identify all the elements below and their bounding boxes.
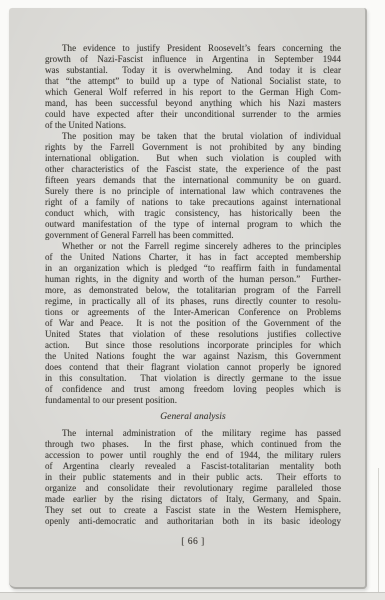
text-line: outward manifestation of the type of int… bbox=[45, 219, 341, 230]
text-line: right of a family of nations to take pre… bbox=[45, 197, 341, 208]
text-line: rights by the Farrell Government is not … bbox=[45, 142, 341, 153]
text-line: more, as demonstrated below, the totalit… bbox=[45, 285, 341, 296]
text-line: could have expected after their uncondit… bbox=[45, 109, 341, 120]
text-line: does contend that their flagrant violati… bbox=[45, 362, 341, 373]
text-line: regime, in practically all of its phases… bbox=[45, 296, 341, 307]
text-line: growth of Nazi-Fascist influence in Arge… bbox=[45, 54, 341, 65]
text-line: The internal administration of the milit… bbox=[45, 428, 341, 439]
text-line: which General Wolf referred in his repor… bbox=[45, 87, 341, 98]
document-page: The evidence to justify President Roosev… bbox=[9, 8, 367, 589]
text-line: tions or agreements of the Inter-America… bbox=[45, 307, 341, 318]
scanned-document-image: The evidence to justify President Roosev… bbox=[0, 0, 385, 600]
text-line: accession to power until roughly the end… bbox=[45, 450, 341, 461]
text-line: United States that violation of these re… bbox=[45, 329, 341, 340]
text-line: of confidence and trust among freedom lo… bbox=[45, 384, 341, 395]
text-line: action. But since those resolutions inco… bbox=[45, 340, 341, 351]
text-line: other characteristics of the Fascist sta… bbox=[45, 164, 341, 175]
text-line: in their public statements and in their … bbox=[45, 472, 341, 483]
text-line: organize and consolidate their revolutio… bbox=[45, 483, 341, 494]
underlying-sheet-edge-vertical bbox=[378, 468, 379, 592]
text-line: in an organization which is pledged “to … bbox=[45, 263, 341, 274]
text-line: in this consultation. That violation is … bbox=[45, 373, 341, 384]
text-line: of the United Nations Charter, it has in… bbox=[45, 252, 341, 263]
text-line: of Argentina clearly revealed a Fascist-… bbox=[45, 461, 341, 472]
text-line: through two phases. In the first phase, … bbox=[45, 439, 341, 450]
text-line: was substantial. Today it is overwhelmin… bbox=[45, 65, 341, 76]
page-number: [ 66 ] bbox=[45, 537, 341, 547]
text-line: mand, has been successful beyond anythin… bbox=[45, 98, 341, 109]
text-line: They set out to create a Fascist state i… bbox=[45, 505, 341, 516]
text-block: The evidence to justify President Roosev… bbox=[45, 43, 341, 547]
text-line: of War and Peace. It is not the position… bbox=[45, 318, 341, 329]
text-line: fundamental to our present position. bbox=[45, 395, 341, 406]
text-line: the United Nations fought the war agains… bbox=[45, 351, 341, 362]
text-line: fifteen years demands that the internati… bbox=[45, 175, 341, 186]
text-line: conduct which, with tragic consistency, … bbox=[45, 208, 341, 219]
text-line: The position may be taken that the bruta… bbox=[45, 131, 341, 142]
text-line: of the United Nations. bbox=[45, 120, 341, 131]
text-line: Surely there is no principle of internat… bbox=[45, 186, 341, 197]
section-heading: General analysis bbox=[45, 412, 341, 423]
text-line: openly anti-democratic and authoritarian… bbox=[45, 516, 341, 527]
text-line: international obligation. But when such … bbox=[45, 153, 341, 164]
text-line: government of General Farrell has been c… bbox=[45, 230, 341, 241]
text-line: The evidence to justify President Roosev… bbox=[45, 43, 341, 54]
text-line: that “the attempt” to build up a type of… bbox=[45, 76, 341, 87]
text-line: Whether or not the Farrell regime sincer… bbox=[45, 241, 341, 252]
text-line: made earlier by the rising dictators of … bbox=[45, 494, 341, 505]
text-line: human rights, in the dignity and worth o… bbox=[45, 274, 341, 285]
underlying-sheet-edge bbox=[0, 592, 385, 600]
